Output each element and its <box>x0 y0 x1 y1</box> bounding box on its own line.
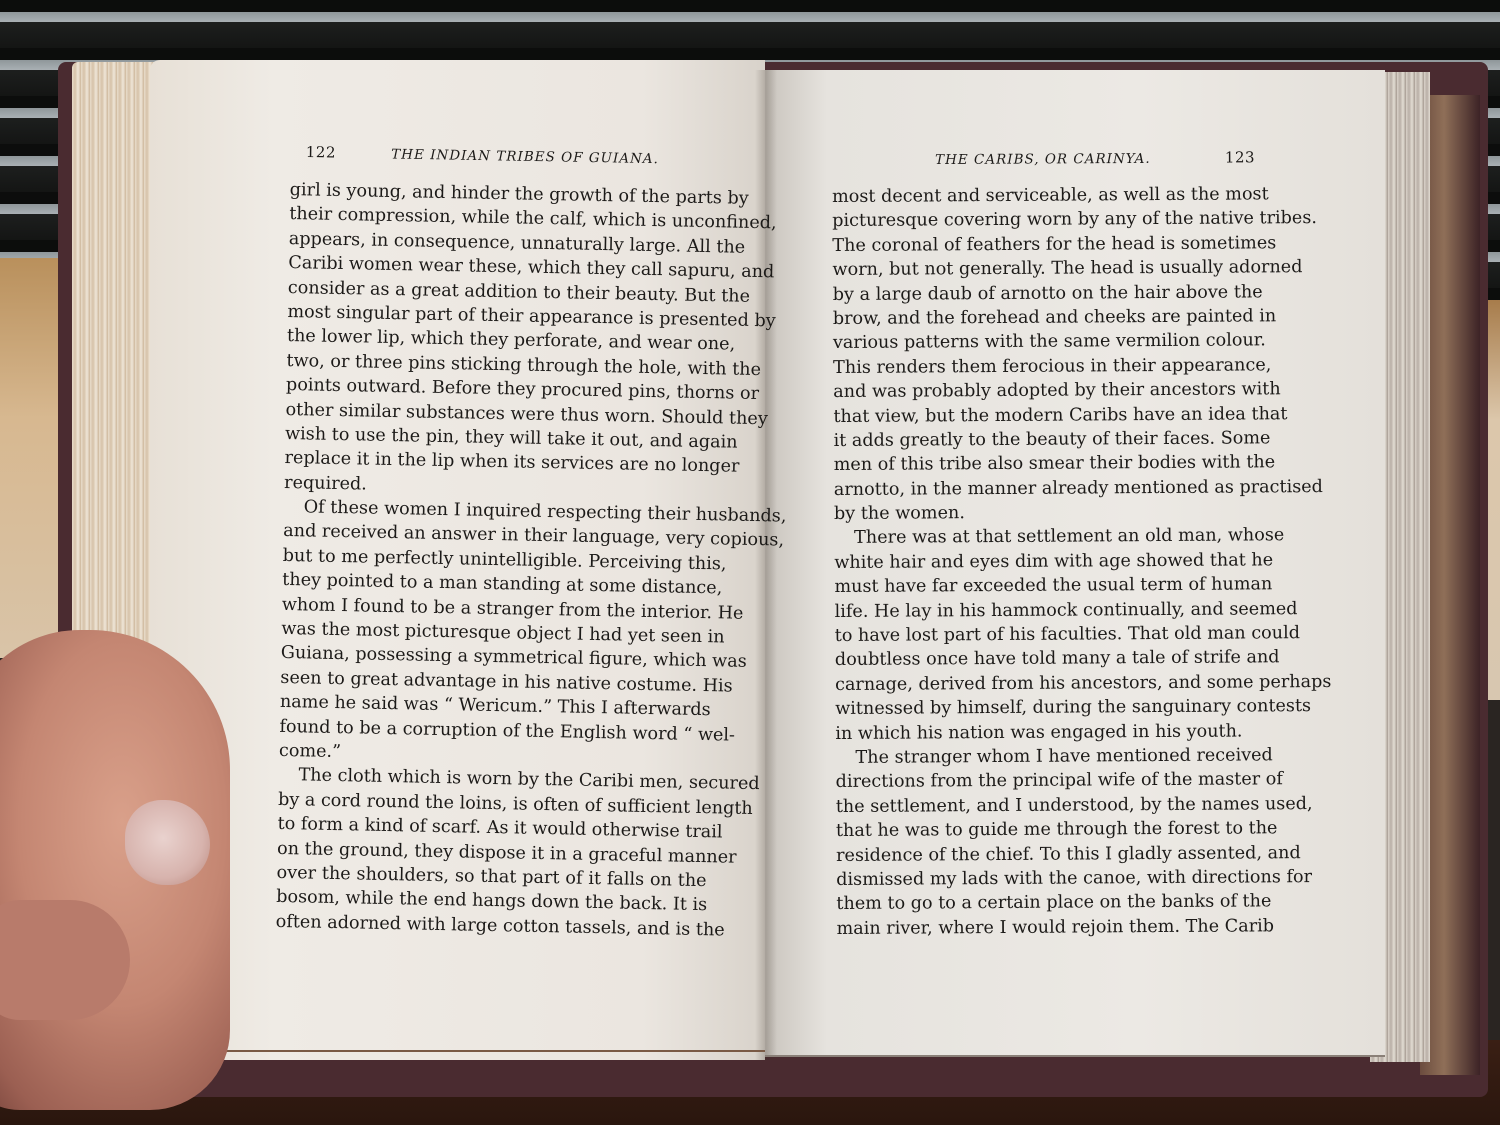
text-line: various patterns with the same vermilion… <box>833 329 1263 356</box>
text-line: directions from the principal wife of th… <box>836 768 1266 795</box>
text-line: residence of the chief. To this I gladly… <box>836 841 1266 868</box>
text-line: main river, where I would rejoin them. T… <box>836 914 1266 941</box>
text-line: men of this tribe also smear their bodie… <box>834 451 1264 478</box>
text-line: and was probably adopted by their ancest… <box>833 377 1263 404</box>
text-line: life. He lay in his hammock continually,… <box>835 597 1265 624</box>
text-line: brow, and the forehead and cheeks are pa… <box>833 304 1263 331</box>
deckled-edge-left <box>140 1050 765 1062</box>
right-page-body: most decent and serviceable, as well as … <box>832 182 1267 941</box>
text-line: worn, but not generally. The head is usu… <box>832 256 1262 283</box>
text-line: There was at that settlement an old man,… <box>834 524 1264 551</box>
text-line: The stranger whom I have mentioned recei… <box>835 743 1265 770</box>
text-line: dismissed my lads with the canoe, with d… <box>836 865 1266 892</box>
text-line: carnage, derived from his ancestors, and… <box>835 670 1265 697</box>
text-line: that he was to guide me through the fore… <box>836 817 1266 844</box>
text-line: by a large daub of arnotto on the hair a… <box>833 280 1263 307</box>
hand-finger <box>0 900 130 1020</box>
text-line: This renders them ferocious in their app… <box>833 353 1263 380</box>
running-title: THE CARIBS, OR CARINYA. <box>935 151 1151 168</box>
text-line: that view, but the modern Caribs have an… <box>833 402 1263 429</box>
text-line: in which his nation was engaged in his y… <box>835 719 1265 746</box>
right-running-head: THE CARIBS, OR CARINYA. 123 <box>935 148 1255 168</box>
text-line: by the women. <box>834 499 1264 526</box>
deckled-edge-right <box>765 1055 1385 1065</box>
text-line: doubtless once have told many a tale of … <box>835 646 1265 673</box>
text-line: the settlement, and I understood, by the… <box>836 792 1266 819</box>
text-line: white hair and eyes dim with age showed … <box>834 548 1264 575</box>
text-line: must have far exceeded the usual term of… <box>834 573 1264 600</box>
text-line: them to go to a certain place on the ban… <box>836 890 1266 917</box>
thumbnail <box>125 800 210 885</box>
text-line: witnessed by himself, during the sanguin… <box>835 695 1265 722</box>
left-page-body: girl is young, and hinder the growth of … <box>275 178 719 942</box>
text-line: The coronal of feathers for the head is … <box>832 231 1262 258</box>
text-line: arnotto, in the manner already mentioned… <box>834 475 1264 502</box>
text-line: most decent and serviceable, as well as … <box>832 182 1262 209</box>
text-line: it adds greatly to the beauty of their f… <box>833 426 1263 453</box>
page-number: 122 <box>306 143 336 162</box>
page-number: 123 <box>1225 148 1255 166</box>
text-line: picturesque covering worn by any of the … <box>832 207 1262 234</box>
text-line: to have lost part of his faculties. That… <box>835 621 1265 648</box>
